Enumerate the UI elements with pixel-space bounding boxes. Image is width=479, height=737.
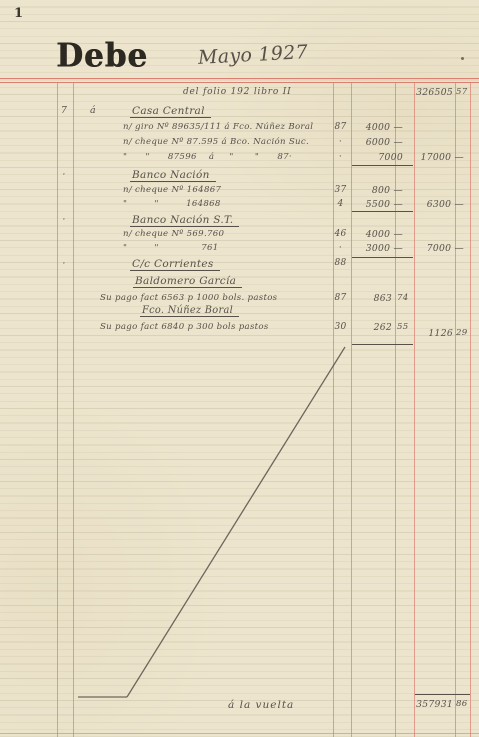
folio-ref: 88: [331, 258, 350, 268]
amount-pesos: 863: [350, 293, 392, 304]
day-value: 7: [55, 105, 73, 116]
amount: 6000 —: [350, 137, 403, 148]
footer-row: á la vuelta 357931 86: [0, 699, 479, 714]
group-total: 7000 —: [411, 243, 464, 254]
amount: 4000 —: [350, 229, 403, 240]
account-name: Fco. Núñez Boral: [140, 305, 239, 317]
entry-description: Su pago fact 6563 p 1000 bols. pastos: [100, 293, 277, 303]
entry-row: · C/c Corrientes 88: [0, 258, 479, 273]
footer-total-cents: 86: [456, 699, 470, 709]
entry-row: 7 á Casa Central: [0, 105, 479, 120]
entry-row: n/ giro Nº 89635/111 á Fco. Núñez Boral …: [0, 122, 479, 137]
group-total-pesos: 1126: [411, 328, 453, 339]
amount: 3000 —: [350, 243, 403, 254]
entry-row: n/ cheque Nº 569.760 46 4000 —: [0, 229, 479, 244]
entry-row: n/ cheque Nº 164867 37 800 —: [0, 185, 479, 200]
entry-description: " " 87596 á " " 87·: [123, 152, 292, 162]
account-name: Banco Nación: [130, 169, 216, 182]
account-name: C/c Corrientes: [130, 258, 220, 271]
account-name: Banco Nación S.T.: [130, 214, 239, 227]
entry-description: " " 761: [123, 243, 219, 253]
folio-ref: 37: [331, 185, 350, 195]
bottom-rule: [0, 733, 479, 734]
folio-ref: 30: [331, 322, 350, 332]
amount: 5500 —: [350, 199, 403, 210]
account-name: Casa Central: [130, 105, 211, 118]
amount-cents: 74: [397, 293, 413, 303]
page-number: 1: [14, 6, 24, 21]
ledger-page: 1 Debe Mayo 1927 del folio 192 libro II …: [0, 0, 479, 737]
footer-total-rule: [415, 694, 470, 695]
entry-description: n/ cheque Nº 87.595 á Bco. Nación Suc.: [123, 137, 309, 147]
entry-row: n/ cheque Nº 87.595 á Bco. Nación Suc. ·…: [0, 137, 479, 152]
entry-row: Fco. Núñez Boral: [0, 305, 479, 320]
amount: 4000 —: [350, 122, 403, 133]
amount-pesos: 262: [350, 322, 392, 333]
group-total-cents: 29: [456, 328, 470, 338]
entry-description: n/ cheque Nº 164867: [123, 185, 221, 195]
page-title: Debe: [56, 37, 148, 75]
carry-forward-row: del folio 192 libro II 326505 57: [0, 87, 479, 102]
entry-row: · Banco Nación S.T.: [0, 214, 479, 229]
ink-speck: [461, 57, 464, 60]
entry-row: Su pago fact 6840 p 300 bols pastos 30 2…: [0, 322, 479, 337]
subtotal-rule: [352, 165, 413, 166]
folio-ref: 4: [331, 199, 350, 209]
folio-ref: 46: [331, 229, 350, 239]
ditto-mark: á: [90, 105, 96, 116]
top-rule-1: [0, 78, 479, 79]
amount: 800 —: [350, 185, 403, 196]
folio-ref: 87: [331, 122, 350, 132]
subtotal-rule: [352, 344, 413, 345]
carried-over-note: á la vuelta: [228, 699, 294, 711]
entry-row: Baldomero García: [0, 275, 479, 290]
subtotal-rule: [352, 211, 413, 212]
folio-ref: ·: [331, 137, 350, 147]
entry-row: · Banco Nación: [0, 169, 479, 184]
carry-forward-total-cents: 57: [456, 87, 470, 97]
top-rule-2: [0, 82, 479, 83]
day-ditto: ·: [55, 214, 73, 225]
entry-description: n/ giro Nº 89635/111 á Fco. Núñez Boral: [123, 122, 313, 132]
footer-total-pesos: 357931: [411, 699, 453, 710]
entry-description: n/ cheque Nº 569.760: [123, 229, 224, 239]
period-heading: Mayo 1927: [197, 41, 308, 69]
day-ditto: ·: [55, 258, 73, 269]
carry-forward-note: del folio 192 libro II: [183, 87, 291, 97]
day-ditto: ·: [55, 169, 73, 180]
group-total: 6300 —: [411, 199, 464, 210]
account-name: Baldomero García: [133, 275, 242, 288]
carry-forward-total-pesos: 326505: [411, 87, 453, 98]
entry-description: " " 164868: [123, 199, 221, 209]
entry-description: Su pago fact 6840 p 300 bols pastos: [100, 322, 269, 332]
folio-ref: 87: [331, 293, 350, 303]
group-total: 17000 —: [411, 152, 464, 163]
amount: 7000: [350, 152, 403, 163]
entry-row: " " 761 · 3000 — 7000 —: [0, 243, 479, 258]
folio-ref: ·: [331, 152, 350, 162]
folio-ref: ·: [331, 243, 350, 253]
